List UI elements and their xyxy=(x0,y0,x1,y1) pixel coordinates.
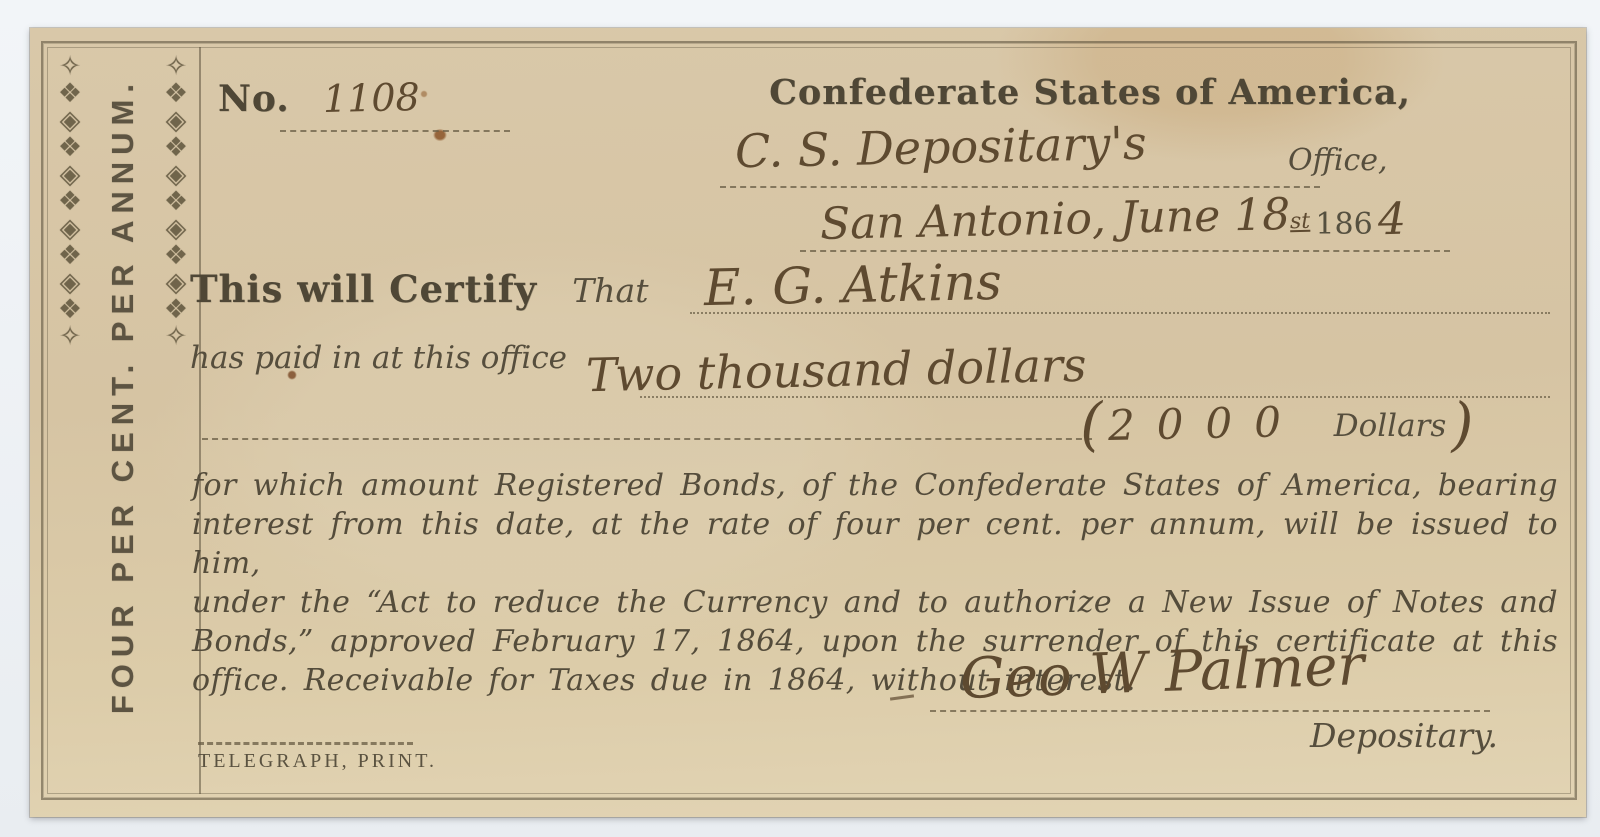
signature-ruled-line xyxy=(930,710,1490,712)
body-line-1: for which amount Registered Bonds, of th… xyxy=(192,466,1558,505)
date-ordinal: st xyxy=(1290,208,1311,233)
amount-words-handwritten: Two thousand dollars xyxy=(586,338,1088,402)
body-line-2: interest from this date, at the rate of … xyxy=(192,505,1558,583)
date-line: San Antonio, June 18st 186 4 xyxy=(820,194,1406,245)
amount-printed-dollars: Dollars xyxy=(1334,408,1447,444)
ornament-strip-left: ✧ ❖ ◈ ❖ ◈ ❖ ◈ ❖ ◈ ❖ ✧ xyxy=(47,47,93,794)
date-place-handwritten: San Antonio, June 18 xyxy=(820,189,1291,250)
printer-credit: TELEGRAPH, PRINT. xyxy=(198,750,437,773)
office-name-handwritten: C. S. Depositary's xyxy=(734,116,1147,179)
certify-printed-blackletter: This will Certify xyxy=(190,267,537,311)
certificate-paper: ✧ ❖ ◈ ❖ ◈ ❖ ◈ ❖ ◈ ❖ ✧ FOUR PER CENT. PER… xyxy=(30,28,1586,817)
number-ruled-line xyxy=(280,130,510,132)
office-printed-word: Office, xyxy=(1288,143,1388,178)
four-per-cent-vertical-label: FOUR PER CENT. PER ANNUM. xyxy=(105,77,141,714)
certificate-number-line: No. 1108 xyxy=(218,76,420,120)
number-label: No. xyxy=(218,78,290,120)
amount-numeric-handwritten: 2000 xyxy=(1107,397,1303,450)
certify-line: This will Certify That E. G. Atkins xyxy=(190,256,1001,314)
certify-printed-that: That xyxy=(572,271,648,310)
paid-printed-text: has paid in at this office xyxy=(190,340,567,376)
amount-ruled-line xyxy=(202,438,1092,440)
document-title: Confederate States of America, xyxy=(750,72,1430,113)
office-ruled-line xyxy=(720,186,1320,188)
depositary-signature-handwritten: Geo W Palmer xyxy=(959,633,1365,712)
signature-title-printed: Depositary. xyxy=(1310,716,1498,755)
paid-line: has paid in at this office Two thousand … xyxy=(190,340,1087,397)
printer-credit-rule xyxy=(198,742,413,745)
amount-numeric-line: ( 2000 Dollars ) xyxy=(1080,390,1474,458)
certificate-number-value: 1108 xyxy=(322,75,420,121)
date-printed-year: 186 xyxy=(1315,207,1372,242)
body-line-3: under the “Act to reduce the Currency an… xyxy=(192,583,1558,622)
date-ruled-line xyxy=(800,250,1450,252)
payee-name-handwritten: E. G. Atkins xyxy=(703,253,1002,317)
amount-close-paren: ) xyxy=(1451,390,1475,458)
amount-open-paren: ( xyxy=(1079,390,1103,458)
date-year-digit-handwritten: 4 xyxy=(1377,194,1406,246)
left-ornament-column: ✧ ❖ ◈ ❖ ◈ ❖ ◈ ❖ ◈ ❖ ✧ FOUR PER CENT. PER… xyxy=(47,47,201,794)
payee-ruled-line xyxy=(690,312,1550,314)
